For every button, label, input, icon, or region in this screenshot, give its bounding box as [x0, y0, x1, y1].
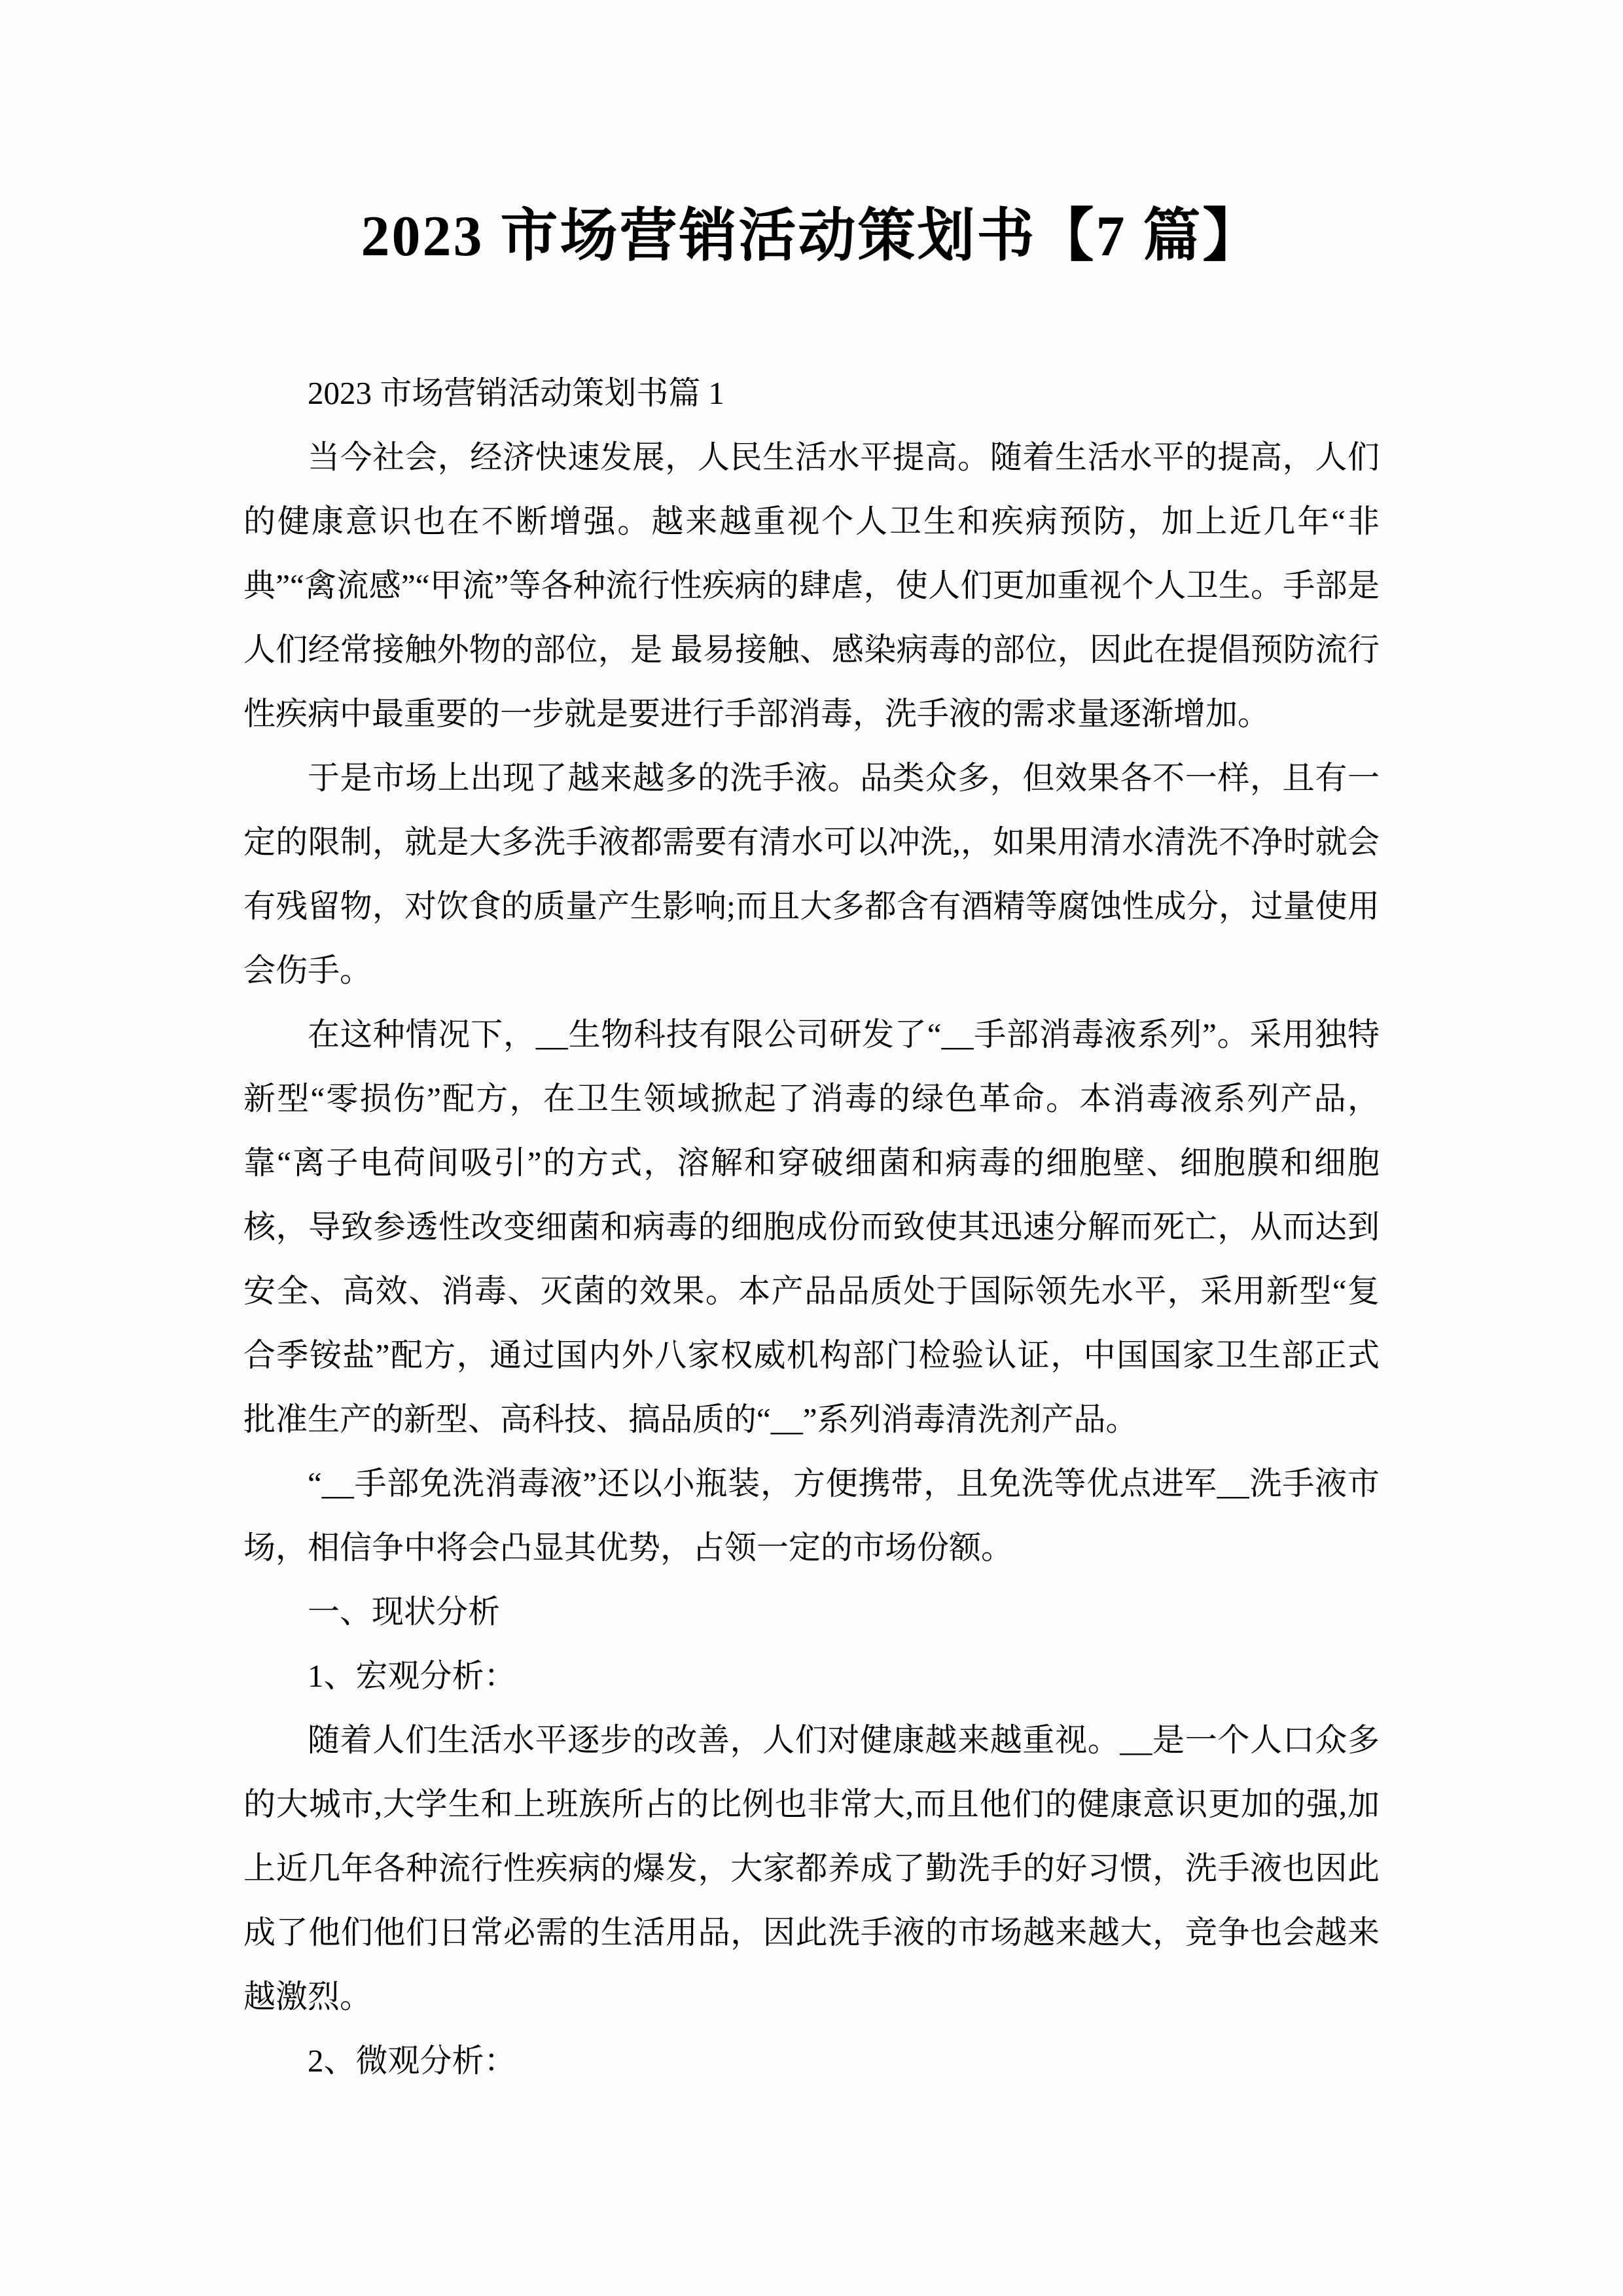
para-portable-pack: “__手部免洗消毒液”还以小瓶装，方便携带，且免洗等优点进军__洗手液市场，相信… — [243, 1452, 1380, 1580]
heading-micro-analysis: 2、微观分析： — [243, 2029, 1380, 2093]
document-page: 2023 市场营销活动策划书【7 篇】 2023 市场营销活动策划书篇 1 当今… — [0, 0, 1623, 2296]
document-title: 2023 市场营销活动策划书【7 篇】 — [243, 208, 1380, 266]
para-handwash-limitations: 于是市场上出现了越来越多的洗手液。品类众多，但效果各不一样，且有一定的限制，就是… — [243, 746, 1380, 1003]
section-label: 2023 市场营销活动策划书篇 1 — [243, 361, 1380, 425]
document-body: 2023 市场营销活动策划书篇 1 当今社会，经济快速发展，人民生活水平提高。随… — [243, 361, 1380, 2093]
para-macro-analysis: 随着人们生活水平逐步的改善，人们对健康越来越重视。__是一个人口众多的大城市,大… — [243, 1708, 1380, 2029]
para-social-background: 当今社会，经济快速发展，人民生活水平提高。随着生活水平的提高，人们的健康意识也在… — [243, 425, 1380, 746]
para-product-introduction: 在这种情况下，__生物科技有限公司研发了“__手部消毒液系列”。采用独特新型“零… — [243, 1003, 1380, 1452]
heading-situation-analysis: 一、现状分析 — [243, 1580, 1380, 1644]
heading-macro-analysis: 1、宏观分析： — [243, 1644, 1380, 1708]
